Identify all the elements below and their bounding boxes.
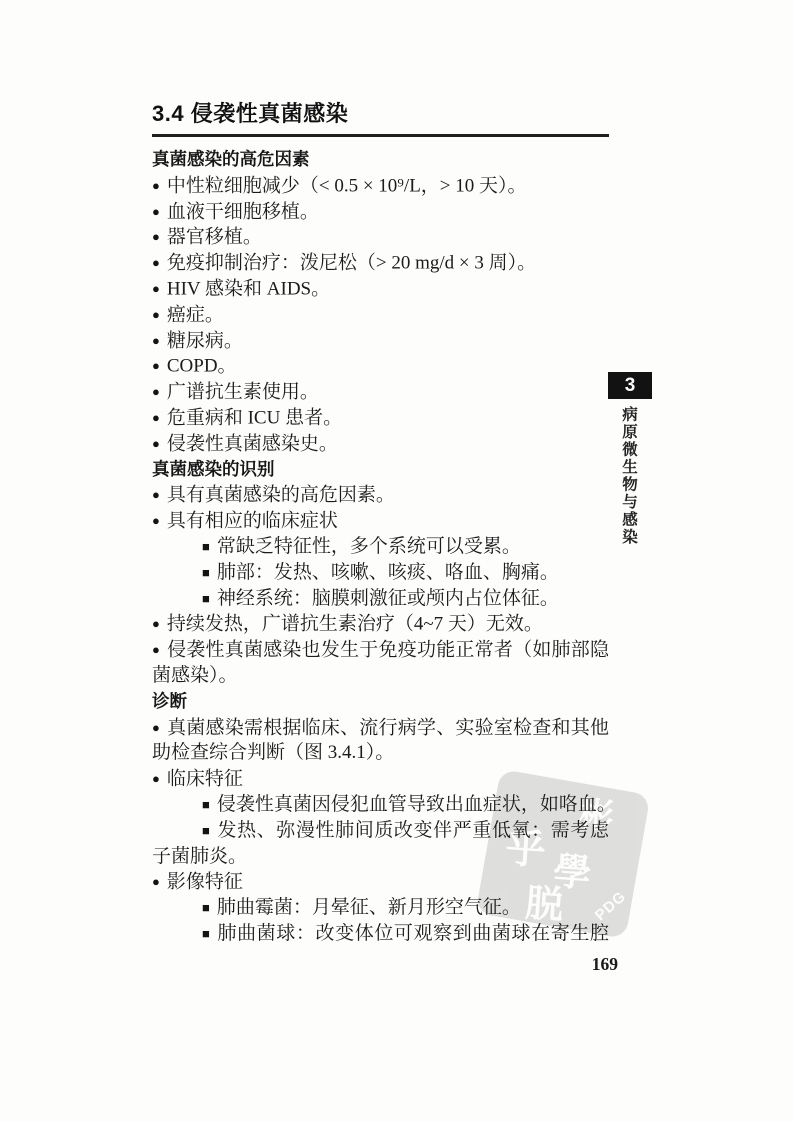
- chapter-tab: 3: [608, 372, 652, 399]
- text-line-bullet: ●侵袭性真菌感染也发生于免疫功能正常者（如肺部隐球: [152, 637, 609, 663]
- text-line-sub: ■肺曲霉菌：月晕征、新月形空气征。: [152, 895, 609, 921]
- square-marker-icon: ■: [202, 534, 210, 560]
- bullet-marker-icon: ●: [152, 250, 160, 276]
- line-text: 菌感染）。: [152, 665, 238, 686]
- line-text: 助检查综合判断（图 3.4.1）。: [152, 742, 394, 763]
- book-page: 乎 彬 學 脱 PDG 3.4 侵袭性真菌感染 真菌感染的高危因素●中性粒细胞减…: [0, 0, 793, 1122]
- line-text: 肺部：发热、咳嗽、咳痰、咯血、胸痛。: [217, 562, 559, 583]
- line-text: 发热、弥漫性肺间质改变伴严重低氧：需考虑肺孢: [202, 820, 609, 844]
- bullet-marker-icon: ●: [152, 715, 160, 741]
- line-text: 临床特征: [167, 769, 243, 790]
- bullet-marker-icon: ●: [152, 224, 160, 250]
- line-text: 糖尿病。: [167, 330, 243, 351]
- text-line-bullet: ●广谱抗生素使用。: [152, 379, 609, 405]
- chapter-number: 3: [625, 375, 636, 396]
- square-marker-icon: ■: [202, 818, 210, 844]
- text-line-cont: 助检查综合判断（图 3.4.1）。: [152, 740, 609, 766]
- square-marker-icon: ■: [202, 586, 210, 612]
- text-line-bullet: ●侵袭性真菌感染史。: [152, 431, 609, 457]
- bullet-marker-icon: ●: [152, 199, 160, 225]
- line-text: 真菌感染的高危因素: [152, 149, 310, 169]
- bullet-marker-icon: ●: [152, 405, 160, 431]
- text-line-bullet: ●器官移植。: [152, 224, 609, 250]
- line-text: 肺曲霉菌：月晕征、新月形空气征。: [217, 897, 521, 918]
- square-marker-icon: ■: [202, 560, 210, 586]
- bullet-marker-icon: ●: [152, 173, 160, 199]
- text-line-bullet: ●具有相应的临床症状: [152, 508, 609, 534]
- bullet-marker-icon: ●: [152, 379, 160, 405]
- bullet-marker-icon: ●: [152, 508, 160, 534]
- text-line-bullet: ●血液干细胞移植。: [152, 199, 609, 225]
- text-line-bullet: ●癌症。: [152, 302, 609, 328]
- bullet-marker-icon: ●: [152, 431, 160, 457]
- line-text: 癌症。: [167, 304, 224, 325]
- square-marker-icon: ■: [202, 895, 210, 921]
- bullet-marker-icon: ●: [152, 276, 160, 302]
- text-line-bullet: ●免疫抑制治疗：泼尼松（> 20 mg/d × 3 周）。: [152, 250, 609, 276]
- text-line-heading: 诊断: [152, 689, 609, 715]
- text-line-sub: ■侵袭性真菌因侵犯血管导致出血症状，如咯血。: [152, 792, 609, 818]
- line-text: 血液干细胞移植。: [167, 201, 319, 222]
- bullet-marker-icon: ●: [152, 302, 160, 328]
- text-line-sub: ■发热、弥漫性肺间质改变伴严重低氧：需考虑肺孢: [152, 818, 609, 844]
- text-line-heading: 真菌感染的高危因素: [152, 147, 609, 173]
- line-text: 具有真菌感染的高危因素。: [167, 485, 395, 506]
- text-line-sub: ■常缺乏特征性，多个系统可以受累。: [152, 534, 609, 560]
- bullet-marker-icon: ●: [152, 353, 160, 379]
- text-column: 3.4 侵袭性真菌感染 真菌感染的高危因素●中性粒细胞减少（< 0.5 × 10…: [152, 100, 609, 947]
- line-text: 神经系统：脑膜刺激征或颅内占位体征。: [217, 588, 559, 609]
- line-text: 免疫抑制治疗：泼尼松（> 20 mg/d × 3 周）。: [167, 253, 536, 274]
- text-line-cont: 菌感染）。: [152, 663, 609, 689]
- text-line-bullet: ●中性粒细胞减少（< 0.5 × 10⁹/L，> 10 天）。: [152, 173, 609, 199]
- bullet-marker-icon: ●: [152, 869, 160, 895]
- line-text: 侵袭性真菌感染史。: [167, 433, 338, 454]
- line-text: HIV 感染和 AIDS。: [167, 278, 330, 299]
- content-lines: 真菌感染的高危因素●中性粒细胞减少（< 0.5 × 10⁹/L，> 10 天）。…: [152, 147, 609, 947]
- text-line-bullet: ●持续发热，广谱抗生素治疗（4~7 天）无效。: [152, 611, 609, 637]
- line-text: 子菌肺炎。: [152, 846, 247, 867]
- line-text: 中性粒细胞减少（< 0.5 × 10⁹/L，> 10 天）。: [167, 175, 527, 196]
- chapter-side-label: 病原微生物与感染: [617, 406, 639, 546]
- text-line-bullet: ●HIV 感染和 AIDS。: [152, 276, 609, 302]
- line-text: 侵袭性真菌感染也发生于免疫功能正常者（如肺部隐球: [152, 640, 609, 663]
- text-line-bullet: ●真菌感染需根据临床、流行病学、实验室检查和其他辅: [152, 715, 609, 741]
- text-line-bullet: ●COPD。: [152, 353, 609, 379]
- bullet-marker-icon: ●: [152, 611, 160, 637]
- text-line-sub: ■肺曲菌球：改变体位可观察到曲菌球在寄生腔: [152, 921, 609, 947]
- bullet-marker-icon: ●: [152, 766, 160, 792]
- line-text: 危重病和 ICU 患者。: [167, 407, 342, 428]
- text-line-bullet: ●具有真菌感染的高危因素。: [152, 482, 609, 508]
- line-text: 具有相应的临床症状: [167, 511, 338, 532]
- text-line-bullet: ●糖尿病。: [152, 328, 609, 354]
- text-line-heading: 真菌感染的识别: [152, 457, 609, 483]
- text-line-sub: ■神经系统：脑膜刺激征或颅内占位体征。: [152, 586, 609, 612]
- line-text: 肺曲菌球：改变体位可观察到曲菌球在寄生腔: [217, 923, 609, 944]
- line-text: 侵袭性真菌因侵犯血管导致出血症状，如咯血。: [217, 794, 616, 815]
- line-text: 常缺乏特征性，多个系统可以受累。: [217, 536, 521, 557]
- line-text: 持续发热，广谱抗生素治疗（4~7 天）无效。: [167, 614, 543, 635]
- line-text: 真菌感染的识别: [152, 459, 275, 479]
- line-text: 影像特征: [167, 872, 243, 893]
- square-marker-icon: ■: [202, 921, 210, 947]
- line-text: 广谱抗生素使用。: [167, 382, 319, 403]
- text-line-bullet: ●临床特征: [152, 766, 609, 792]
- page-number: 169: [560, 954, 618, 975]
- line-text: 真菌感染需根据临床、流行病学、实验室检查和其他辅: [152, 717, 609, 740]
- line-text: COPD。: [167, 356, 237, 377]
- bullet-marker-icon: ●: [152, 637, 160, 663]
- text-line-bullet: ●影像特征: [152, 869, 609, 895]
- text-line-bullet: ●危重病和 ICU 患者。: [152, 405, 609, 431]
- bullet-marker-icon: ●: [152, 328, 160, 354]
- section-title: 3.4 侵袭性真菌感染: [152, 100, 609, 137]
- line-text: 诊断: [152, 691, 187, 711]
- line-text: 器官移植。: [167, 227, 262, 248]
- square-marker-icon: ■: [202, 792, 210, 818]
- bullet-marker-icon: ●: [152, 482, 160, 508]
- text-line-sub: ■肺部：发热、咳嗽、咳痰、咯血、胸痛。: [152, 560, 609, 586]
- text-line-cont: 子菌肺炎。: [152, 844, 609, 870]
